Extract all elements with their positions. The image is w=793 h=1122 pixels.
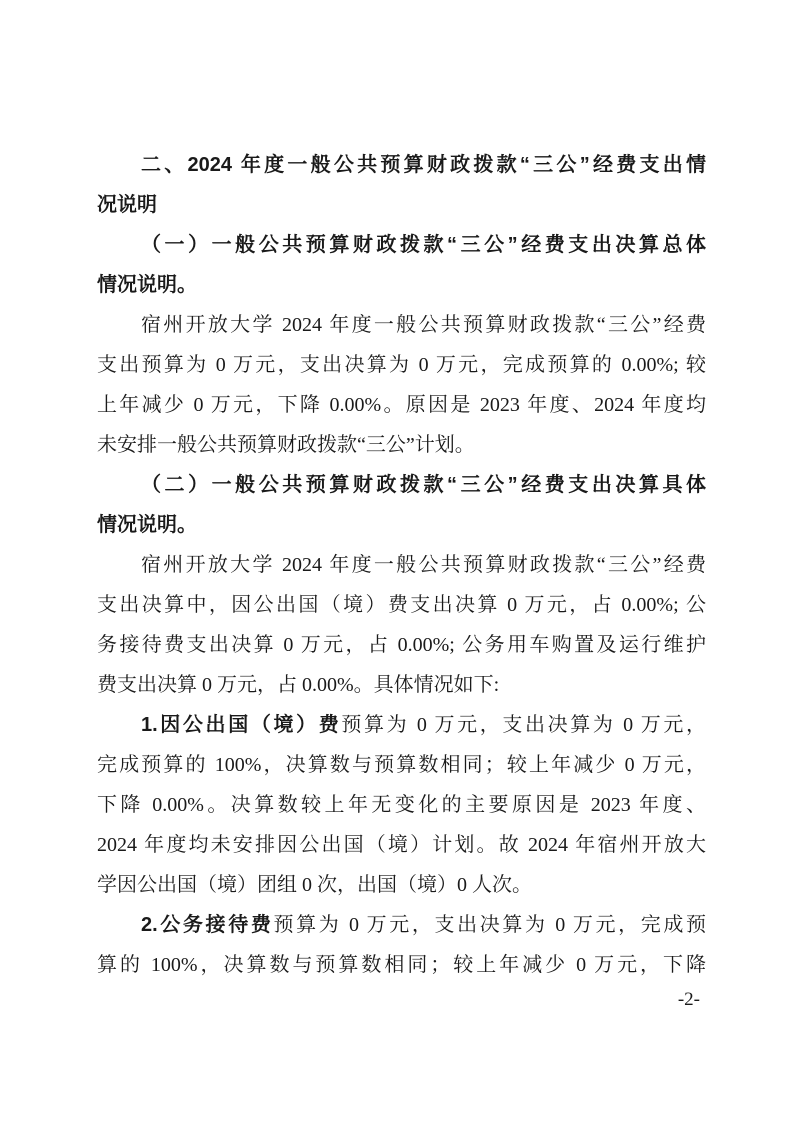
text-line: 学因公出国（境）团组 0 次，出国（境）0 人次。	[97, 865, 706, 905]
text-line: 算的 100%，决算数与预算数相同；较上年减少 0 万元，下降	[97, 945, 706, 985]
text-line: 未安排一般公共预算财政拨款“三公”计划。	[97, 425, 706, 465]
text-run: 宿州开放大学 2024 年度一般公共预算财政拨款“三公”经费	[141, 314, 706, 336]
text-run: 学因公出国（境）团组 0 次，出国（境）0 人次。	[97, 874, 532, 896]
text-run: 支出决算中，因公出国（境）费支出决算 0 万元，占 0.00%; 公	[97, 594, 706, 616]
bold-text-run: 2.公务接待费	[141, 914, 273, 936]
text-line: 1.因公出国（境）费预算为 0 万元，支出决算为 0 万元，	[97, 705, 706, 745]
text-line: 况说明	[97, 185, 706, 225]
text-run: 宿州开放大学 2024 年度一般公共预算财政拨款“三公”经费	[141, 554, 706, 576]
text-run: 务接待费支出决算 0 万元，占 0.00%; 公务用车购置及运行维护	[97, 634, 706, 656]
text-line: 支出预算为 0 万元，支出决算为 0 万元，完成预算的 0.00%; 较	[97, 345, 706, 385]
text-line: 务接待费支出决算 0 万元，占 0.00%; 公务用车购置及运行维护	[97, 625, 706, 665]
text-run: 预算为 0 万元，支出决算为 0 万元，	[341, 714, 706, 736]
bold-text-run: 况说明	[97, 194, 157, 216]
text-run: 未安排一般公共预算财政拨款“三公”计划。	[97, 434, 475, 456]
document-body: 二、2024 年度一般公共预算财政拨款“三公”经费支出情况说明（一）一般公共预算…	[97, 145, 706, 985]
text-line: 2.公务接待费预算为 0 万元，支出决算为 0 万元，完成预	[97, 905, 706, 945]
bold-text-run: （二）一般公共预算财政拨款“三公”经费支出决算具体	[141, 474, 706, 496]
text-line: 情况说明。	[97, 265, 706, 305]
text-line: （一）一般公共预算财政拨款“三公”经费支出决算总体	[97, 225, 706, 265]
text-run: 2024 年度均未安排因公出国（境）计划。故 2024 年宿州开放大	[97, 834, 706, 856]
bold-text-run: 情况说明。	[97, 274, 197, 296]
text-line: 上年减少 0 万元，下降 0.00%。原因是 2023 年度、2024 年度均	[97, 385, 706, 425]
bold-text-run: 二、2024 年度一般公共预算财政拨款“三公”经费支出情	[141, 154, 706, 176]
text-line: 情况说明。	[97, 505, 706, 545]
page-number: -2-	[678, 988, 700, 1012]
text-line: 宿州开放大学 2024 年度一般公共预算财政拨款“三公”经费	[97, 545, 706, 585]
text-line: 支出决算中，因公出国（境）费支出决算 0 万元，占 0.00%; 公	[97, 585, 706, 625]
text-line: 宿州开放大学 2024 年度一般公共预算财政拨款“三公”经费	[97, 305, 706, 345]
text-line: 费支出决算 0 万元，占 0.00%。具体情况如下:	[97, 665, 706, 705]
bold-text-run: 情况说明。	[97, 514, 197, 536]
text-run: 完成预算的 100%，决算数与预算数相同；较上年减少 0 万元，	[97, 754, 706, 776]
text-line: 2024 年度均未安排因公出国（境）计划。故 2024 年宿州开放大	[97, 825, 706, 865]
text-run: 下降 0.00%。决算数较上年无变化的主要原因是 2023 年度、	[97, 794, 706, 816]
text-line: 下降 0.00%。决算数较上年无变化的主要原因是 2023 年度、	[97, 785, 706, 825]
text-run: 算的 100%，决算数与预算数相同；较上年减少 0 万元，下降	[97, 954, 706, 976]
text-run: 预算为 0 万元，支出决算为 0 万元，完成预	[273, 914, 706, 936]
text-line: 二、2024 年度一般公共预算财政拨款“三公”经费支出情	[97, 145, 706, 185]
text-run: 支出预算为 0 万元，支出决算为 0 万元，完成预算的 0.00%; 较	[97, 354, 706, 376]
bold-text-run: （一）一般公共预算财政拨款“三公”经费支出决算总体	[141, 234, 706, 256]
text-line: （二）一般公共预算财政拨款“三公”经费支出决算具体	[97, 465, 706, 505]
bold-text-run: 1.因公出国（境）费	[141, 714, 341, 736]
text-run: 上年减少 0 万元，下降 0.00%。原因是 2023 年度、2024 年度均	[97, 394, 706, 416]
document-page: 二、2024 年度一般公共预算财政拨款“三公”经费支出情况说明（一）一般公共预算…	[0, 0, 793, 1122]
text-run: 费支出决算 0 万元，占 0.00%。具体情况如下:	[97, 674, 499, 696]
text-line: 完成预算的 100%，决算数与预算数相同；较上年减少 0 万元，	[97, 745, 706, 785]
